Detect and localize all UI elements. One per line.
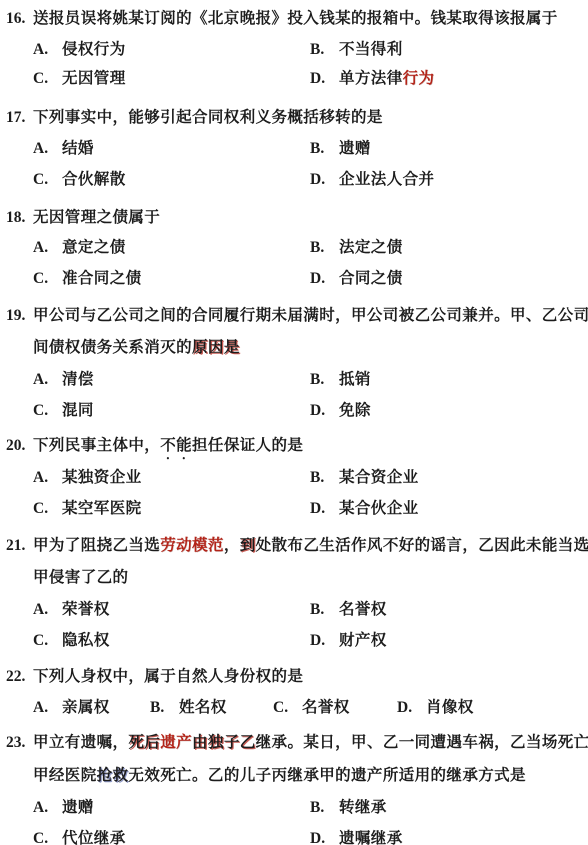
option-label: D.	[310, 402, 339, 421]
question-23-stem-line2: 甲经医院抢救无效死亡。乙的儿子丙继承甲的遗产所适用的继承方式是	[33, 767, 526, 786]
option-text: 名誉权	[302, 699, 350, 716]
option-label: C.	[33, 632, 62, 651]
exam-page: 16.送报员误将姚某订阅的《北京晚报》投入钱某的报箱中。钱某取得该报属于 A.侵…	[0, 0, 588, 845]
option-label: A.	[33, 799, 62, 818]
option-text: 遗赠	[339, 140, 371, 157]
option-text: 侵权行为	[62, 41, 126, 58]
option-text: 肖像权	[426, 699, 474, 716]
question-16-number: 16.	[6, 10, 33, 29]
option-23-b: B.转继承	[310, 799, 387, 818]
option-label: C.	[33, 270, 62, 289]
question-19-stem-line2: 间债权债务关系消灭的原因是	[33, 339, 240, 358]
question-23-number: 23.	[6, 734, 33, 753]
question-20-text-pre: 下列民事主体中，	[33, 437, 160, 454]
option-label: A.	[33, 699, 62, 718]
option-label: B.	[310, 140, 339, 159]
option-text: 法定之债	[339, 239, 403, 256]
question-20-text-emphasized: 不能	[160, 437, 192, 454]
question-17-number: 17.	[6, 109, 33, 128]
question-19-text-red: 原因是	[192, 339, 240, 356]
option-21-d: D.财产权	[310, 632, 387, 651]
option-text: 混同	[62, 402, 94, 419]
question-18-stem: 18.无因管理之债属于	[6, 209, 160, 228]
question-18-text: 无因管理之债属于	[33, 209, 160, 226]
option-text: 姓名权	[179, 699, 227, 716]
option-23-d: D.遗嘱继承	[310, 830, 403, 845]
option-text: 隐私权	[62, 632, 110, 649]
option-label: D.	[310, 270, 339, 289]
option-16-a: A.侵权行为	[33, 41, 126, 60]
option-label: A.	[33, 239, 62, 258]
option-text: 合同之债	[339, 270, 403, 287]
option-text: 代位继承	[62, 830, 126, 845]
option-label: D.	[310, 500, 339, 519]
option-text: 名誉权	[339, 601, 387, 618]
question-21-text-mid: ，	[224, 537, 240, 554]
option-23-a: A.遗赠	[33, 799, 94, 818]
option-text: 不当得利	[339, 41, 403, 58]
option-label: C.	[33, 500, 62, 519]
option-22-c: C.名誉权	[273, 699, 350, 718]
question-19-stem-line1: 19.甲公司与乙公司之间的合同履行期未届满时，甲公司被乙公司兼并。甲、乙公司之	[6, 307, 588, 326]
option-19-b: B.抵销	[310, 371, 371, 390]
question-23-text-red: 遗产	[160, 734, 192, 751]
option-label: C.	[33, 70, 62, 89]
question-20-text-post: 担任保证人的是	[192, 437, 303, 454]
question-23-text-pre: 甲立有遗嘱，	[33, 734, 128, 751]
option-text: 合伙解散	[62, 171, 126, 188]
question-21-text-post: 处散布乙生活作风不好的谣言，乙因此未能当选。	[256, 537, 588, 554]
option-20-a: A.某独资企业	[33, 469, 142, 488]
option-21-a: A.荣誉权	[33, 601, 110, 620]
question-21-stem-line2: 甲侵害了乙的	[33, 569, 128, 588]
option-22-b: B.姓名权	[150, 699, 227, 718]
question-23-text-post: 继承。某日，甲、乙一同遭遇车祸，乙当场死亡，	[256, 734, 588, 751]
option-text: 单方法律	[339, 70, 403, 87]
question-16-stem: 16.送报员误将姚某订阅的《北京晚报》投入钱某的报箱中。钱某取得该报属于	[6, 10, 558, 29]
option-label: A.	[33, 469, 62, 488]
question-21-text-pre: 甲为了阻挠乙当选	[33, 537, 160, 554]
question-18-number: 18.	[6, 209, 33, 228]
option-label: B.	[310, 469, 339, 488]
option-text: 遗嘱继承	[339, 830, 403, 845]
option-21-c: C.隐私权	[33, 632, 110, 651]
option-label: A.	[33, 41, 62, 60]
option-22-d: D.肖像权	[397, 699, 474, 718]
option-21-b: B.名誉权	[310, 601, 387, 620]
option-text: 遗赠	[62, 799, 94, 816]
option-16-b: B.不当得利	[310, 41, 403, 60]
option-text: 意定之债	[62, 239, 126, 256]
question-20-stem: 20.下列民事主体中，不能担任保证人的是	[6, 437, 303, 463]
option-label: A.	[33, 140, 62, 159]
option-18-d: D.合同之债	[310, 270, 403, 289]
option-label: B.	[310, 239, 339, 258]
question-21-text-red: 劳动模范	[160, 537, 224, 554]
question-23-line2-post: 无效死亡。乙的儿子丙继承甲的遗产所适用的继承方式是	[128, 767, 526, 784]
question-17-stem: 17.下列事实中，能够引起合同权利义务概括移转的是	[6, 109, 383, 128]
option-text: 企业法人合并	[339, 171, 434, 188]
question-23-line2-pre: 甲经医院	[33, 767, 97, 784]
option-text: 亲属权	[62, 699, 110, 716]
option-label: B.	[310, 41, 339, 60]
option-text: 荣誉权	[62, 601, 110, 618]
option-label: C.	[33, 171, 62, 190]
option-19-a: A.清偿	[33, 371, 94, 390]
option-text: 某空军医院	[62, 500, 142, 517]
question-21-stem-line1: 21.甲为了阻挠乙当选劳动模范，到处散布乙生活作风不好的谣言，乙因此未能当选。	[6, 537, 588, 556]
option-23-c: C.代位继承	[33, 830, 126, 845]
option-20-c: C.某空军医院	[33, 500, 142, 519]
question-23-line2-blue: 抢救	[97, 767, 129, 784]
option-label: D.	[310, 70, 339, 89]
option-17-a: A.结婚	[33, 140, 94, 159]
option-text-red: 行为	[403, 70, 435, 87]
option-18-a: A.意定之债	[33, 239, 126, 258]
question-21-text-ghost: 到	[240, 537, 256, 554]
option-18-b: B.法定之债	[310, 239, 403, 258]
option-16-c: C.无因管理	[33, 70, 126, 89]
option-text: 某合资企业	[339, 469, 419, 486]
option-text: 准合同之债	[62, 270, 142, 287]
question-17-text: 下列事实中，能够引起合同权利义务概括移转的是	[33, 109, 383, 126]
option-22-a: A.亲属权	[33, 699, 110, 718]
option-label: D.	[310, 830, 339, 845]
option-label: B.	[310, 799, 339, 818]
option-label: D.	[310, 632, 339, 651]
question-19-text-line1: 甲公司与乙公司之间的合同履行期未届满时，甲公司被乙公司兼并。甲、乙公司之	[33, 307, 588, 324]
option-19-c: C.混同	[33, 402, 94, 421]
option-label: D.	[310, 171, 339, 190]
question-21-number: 21.	[6, 537, 33, 556]
question-22-number: 22.	[6, 668, 33, 687]
option-20-b: B.某合资企业	[310, 469, 419, 488]
option-label: A.	[33, 601, 62, 620]
option-label: B.	[150, 699, 179, 718]
option-20-d: D.某合伙企业	[310, 500, 419, 519]
option-text: 无因管理	[62, 70, 126, 87]
option-text: 转继承	[339, 799, 387, 816]
question-23-text-ghost1: 死后	[128, 734, 160, 751]
option-19-d: D.免除	[310, 402, 371, 421]
option-text: 某合伙企业	[339, 500, 419, 517]
question-20-number: 20.	[6, 437, 33, 456]
option-17-c: C.合伙解散	[33, 171, 126, 190]
question-19-text-line2: 间债权债务关系消灭的	[33, 339, 192, 356]
option-label: B.	[310, 601, 339, 620]
question-23-text-ghost2: 由独子乙	[192, 734, 256, 751]
option-label: A.	[33, 371, 62, 390]
question-21-text-line2: 甲侵害了乙的	[33, 569, 128, 586]
option-17-b: B.遗赠	[310, 140, 371, 159]
option-label: D.	[397, 699, 426, 718]
option-label: C.	[33, 402, 62, 421]
option-text: 结婚	[62, 140, 94, 157]
option-text: 抵销	[339, 371, 371, 388]
option-text: 清偿	[62, 371, 94, 388]
option-text: 免除	[339, 402, 371, 419]
option-label: C.	[33, 830, 62, 845]
option-text: 财产权	[339, 632, 387, 649]
question-16-text: 送报员误将姚某订阅的《北京晚报》投入钱某的报箱中。钱某取得该报属于	[33, 10, 558, 27]
question-22-stem: 22.下列人身权中，属于自然人身份权的是	[6, 668, 303, 687]
option-16-d: D.单方法律行为	[310, 70, 434, 89]
option-17-d: D.企业法人合并	[310, 171, 434, 190]
question-19-number: 19.	[6, 307, 33, 326]
option-label: C.	[273, 699, 302, 718]
question-23-stem-line1: 23.甲立有遗嘱，死后遗产由独子乙继承。某日，甲、乙一同遭遇车祸，乙当场死亡，	[6, 734, 588, 753]
option-18-c: C.准合同之债	[33, 270, 142, 289]
option-label: B.	[310, 371, 339, 390]
question-22-text: 下列人身权中，属于自然人身份权的是	[33, 668, 303, 685]
option-text: 某独资企业	[62, 469, 142, 486]
